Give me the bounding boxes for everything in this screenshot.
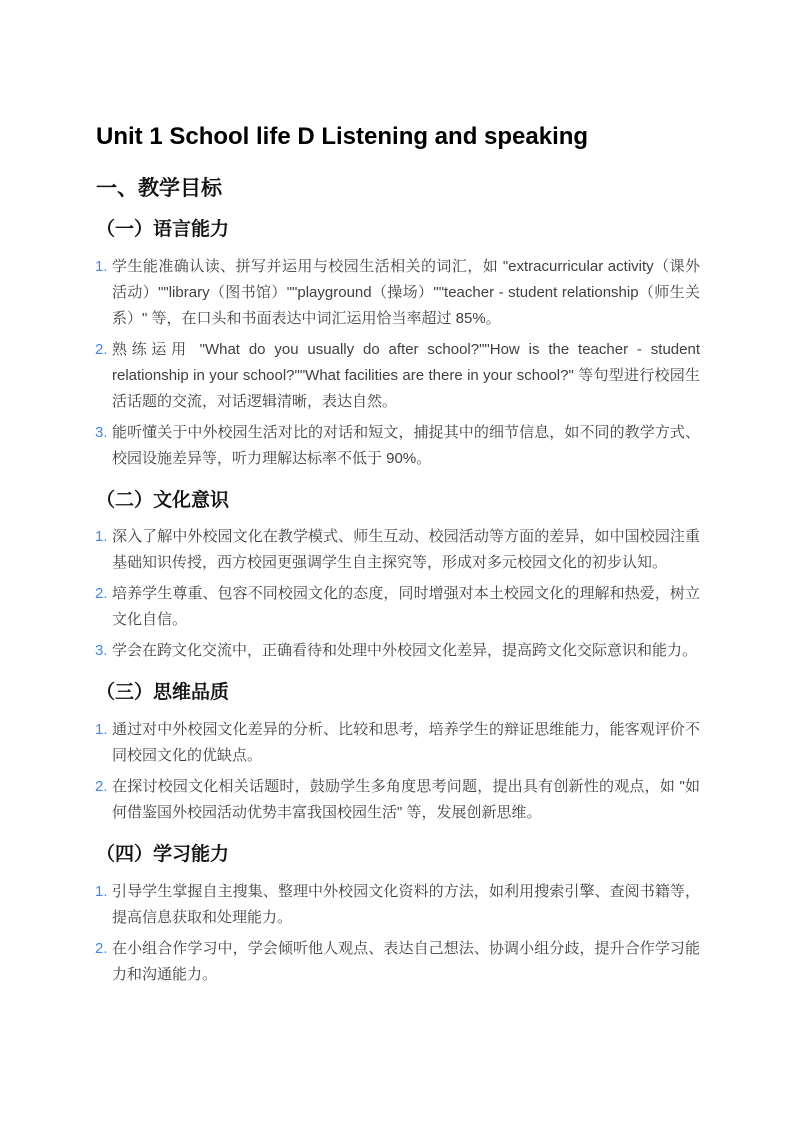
document-title: Unit 1 School life D Listening and speak… — [96, 123, 700, 152]
list-item-number: 2. — [95, 337, 108, 363]
subsection-heading-language-ability: （一）语言能力 — [96, 218, 700, 242]
list-item-text: 在小组合作学习中，学会倾听他人观点、表达自己想法、协调小组分歧，提升合作学习能力… — [112, 940, 700, 983]
subsection-heading-learning-ability: （四）学习能力 — [96, 843, 700, 867]
list-item-text: 能听懂关于中外校园生活对比的对话和短文，捕捉其中的细节信息，如不同的教学方式、校… — [112, 424, 700, 467]
list-item: 2. 在探讨校园文化相关话题时，鼓励学生多角度思考问题，提出具有创新性的观点，如… — [96, 774, 700, 826]
list-item-text: 通过对中外校园文化差异的分析、比较和思考，培养学生的辩证思维能力，能客观评价不同… — [112, 721, 700, 764]
objective-list: 1. 深入了解中外校园文化在教学模式、师生互动、校园活动等方面的差异，如中国校园… — [96, 524, 700, 664]
subsection-thinking-quality: （三）思维品质 1. 通过对中外校园文化差异的分析、比较和思考，培养学生的辩证思… — [96, 681, 700, 826]
list-item-number: 1. — [95, 254, 108, 280]
objective-list: 1. 通过对中外校园文化差异的分析、比较和思考，培养学生的辩证思维能力，能客观评… — [96, 717, 700, 826]
list-item-number: 2. — [95, 581, 108, 607]
list-item: 2. 在小组合作学习中，学会倾听他人观点、表达自己想法、协调小组分歧，提升合作学… — [96, 936, 700, 988]
list-item-number: 1. — [95, 879, 108, 905]
objective-list: 1. 学生能准确认读、拼写并运用与校园生活相关的词汇，如 "extracurri… — [96, 254, 700, 472]
document-page: Unit 1 School life D Listening and speak… — [0, 0, 794, 1123]
list-item-text: 培养学生尊重、包容不同校园文化的态度，同时增强对本土校园文化的理解和热爱，树立文… — [112, 585, 700, 628]
list-item: 2. 熟练运用 "What do you usually do after sc… — [96, 337, 700, 415]
list-item: 3. 能听懂关于中外校园生活对比的对话和短文，捕捉其中的细节信息，如不同的教学方… — [96, 420, 700, 472]
list-item: 1. 通过对中外校园文化差异的分析、比较和思考，培养学生的辩证思维能力，能客观评… — [96, 717, 700, 769]
list-item-number: 2. — [95, 936, 108, 962]
list-item-number: 1. — [95, 524, 108, 550]
list-item: 2. 培养学生尊重、包容不同校园文化的态度，同时增强对本土校园文化的理解和热爱，… — [96, 581, 700, 633]
list-item-text: 学生能准确认读、拼写并运用与校园生活相关的词汇，如 "extracurricul… — [112, 258, 700, 327]
subsection-heading-cultural-awareness: （二）文化意识 — [96, 489, 700, 513]
list-item-text: 深入了解中外校园文化在教学模式、师生互动、校园活动等方面的差异，如中国校园注重基… — [112, 528, 700, 571]
subsection-heading-thinking-quality: （三）思维品质 — [96, 681, 700, 705]
list-item-number: 3. — [95, 638, 108, 664]
list-item-text: 熟练运用 "What do you usually do after schoo… — [112, 341, 700, 410]
section-heading-teaching-objectives: 一、教学目标 — [96, 176, 700, 201]
list-item: 1. 学生能准确认读、拼写并运用与校园生活相关的词汇，如 "extracurri… — [96, 254, 700, 332]
subsection-language-ability: （一）语言能力 1. 学生能准确认读、拼写并运用与校园生活相关的词汇，如 "ex… — [96, 218, 700, 472]
list-item-number: 1. — [95, 717, 108, 743]
list-item-text: 在探讨校园文化相关话题时，鼓励学生多角度思考问题，提出具有创新性的观点，如 "如… — [112, 778, 700, 821]
list-item: 3. 学会在跨文化交流中，正确看待和处理中外校园文化差异，提高跨文化交际意识和能… — [96, 638, 700, 664]
list-item-text: 引导学生掌握自主搜集、整理中外校园文化资料的方法，如利用搜索引擎、查阅书籍等，提… — [112, 883, 700, 926]
list-item-number: 3. — [95, 420, 108, 446]
list-item: 1. 深入了解中外校园文化在教学模式、师生互动、校园活动等方面的差异，如中国校园… — [96, 524, 700, 576]
list-item-text: 学会在跨文化交流中，正确看待和处理中外校园文化差异，提高跨文化交际意识和能力。 — [112, 642, 697, 659]
subsection-learning-ability: （四）学习能力 1. 引导学生掌握自主搜集、整理中外校园文化资料的方法，如利用搜… — [96, 843, 700, 988]
subsection-cultural-awareness: （二）文化意识 1. 深入了解中外校园文化在教学模式、师生互动、校园活动等方面的… — [96, 489, 700, 665]
list-item: 1. 引导学生掌握自主搜集、整理中外校园文化资料的方法，如利用搜索引擎、查阅书籍… — [96, 879, 700, 931]
list-item-number: 2. — [95, 774, 108, 800]
objective-list: 1. 引导学生掌握自主搜集、整理中外校园文化资料的方法，如利用搜索引擎、查阅书籍… — [96, 879, 700, 988]
